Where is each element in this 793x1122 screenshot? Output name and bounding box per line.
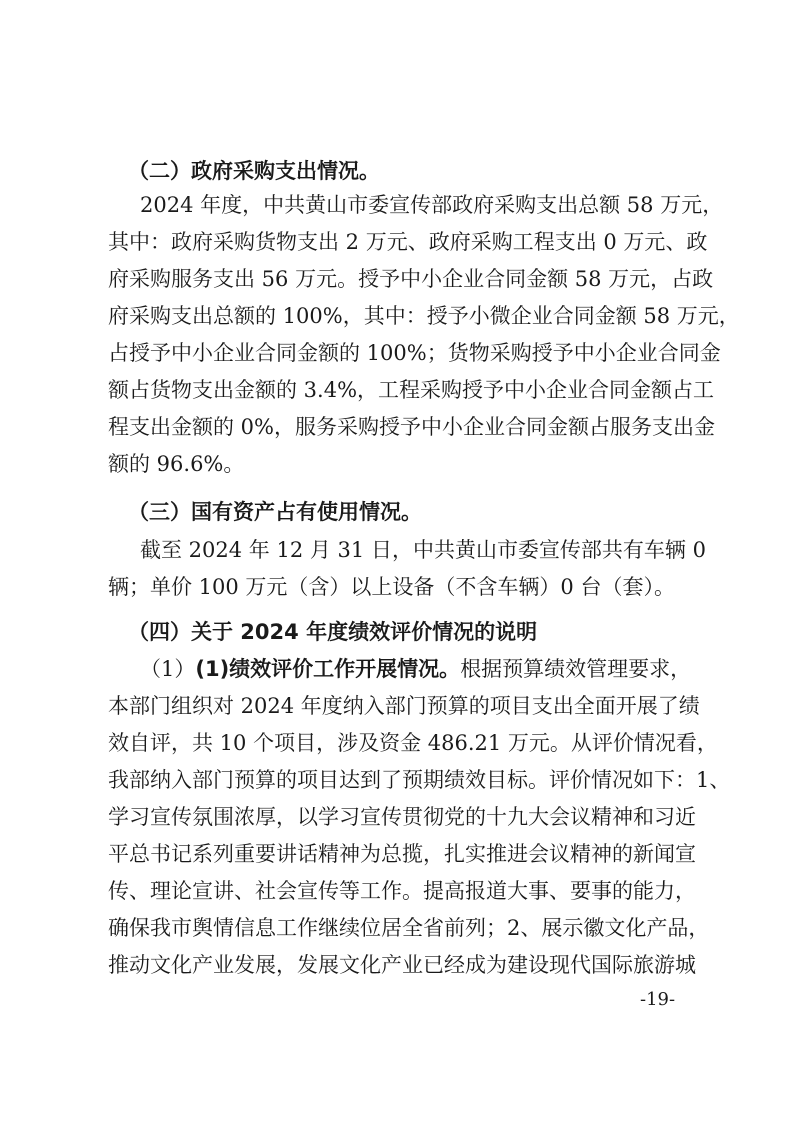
paragraph-line: 传、理论宣讲、社会宣传等工作。提高报道大事、要事的能力， [108, 876, 691, 906]
section-heading-performance-evaluation: （四）关于 2024 年度绩效评价情况的说明 [128, 617, 688, 647]
paragraph-line: 其中：政府采购货物支出 2 万元、政府采购工程支出 0 万元、政 [108, 227, 691, 257]
paragraph-line: 本部门组织对 2024 年度纳入部门预算的项目支出全面开展了绩 [108, 691, 691, 721]
paragraph-line: 2024 年度，中共黄山市委宣传部政府采购支出总额 58 万元， [140, 190, 691, 220]
page-number: -19- [640, 988, 675, 1012]
paragraph-line: 占授予中小企业合同金额的 100%；货物采购授予中小企业合同金 [108, 338, 691, 368]
paragraph-line: 府采购支出总额的 100%，其中：授予小微企业合同金额 58 万元， [108, 301, 691, 331]
paragraph-line: 程支出金额的 0%，服务采购授予中小企业合同金额占服务支出金 [108, 412, 691, 442]
paragraph-line-first: （1）(1)绩效评价工作开展情况。根据预算绩效管理要求， [140, 654, 691, 684]
section-heading-state-assets: （三）国有资产占有使用情况。 [128, 497, 688, 527]
paragraph-text: 根据预算绩效管理要求， [460, 657, 691, 681]
paragraph-line: 确保我市舆情信息工作继续位居全省前列；2、展示徽文化产品， [108, 913, 691, 943]
paragraph-line: 额占货物支出金额的 3.4%，工程采购授予中小企业合同金额占工 [108, 375, 691, 405]
paragraph-line: 平总书记系列重要讲话精神为总揽，扎实推进会议精神的新闻宣 [108, 839, 691, 869]
paragraph-line: 学习宣传氛围浓厚，以学习宣传贯彻党的十九大会议精神和习近 [108, 802, 691, 832]
subheading-bold: (1)绩效评价工作开展情况。 [195, 657, 460, 681]
paragraph-line: 推动文化产业发展，发展文化产业已经成为建设现代国际旅游城 [108, 950, 691, 980]
item-number: （1） [140, 657, 195, 681]
paragraph-line: 效自评，共 10 个项目，涉及资金 486.21 万元。从评价情况看， [108, 728, 691, 758]
paragraph-line: 府采购服务支出 56 万元。授予中小企业合同金额 58 万元，占政 [108, 264, 691, 294]
section-heading-government-procurement: （二）政府采购支出情况。 [128, 156, 688, 186]
paragraph-line: 额的 96.6%。 [108, 449, 691, 479]
paragraph-line: 辆；单价 100 万元（含）以上设备（不含车辆）0 台（套）。 [108, 572, 691, 602]
document-page: （二）政府采购支出情况。 2024 年度，中共黄山市委宣传部政府采购支出总额 5… [0, 0, 793, 1122]
paragraph-line: 我部纳入部门预算的项目达到了预期绩效目标。评价情况如下：1、 [108, 765, 691, 795]
paragraph-line: 截至 2024 年 12 月 31 日，中共黄山市委宣传部共有车辆 0 [140, 535, 691, 565]
